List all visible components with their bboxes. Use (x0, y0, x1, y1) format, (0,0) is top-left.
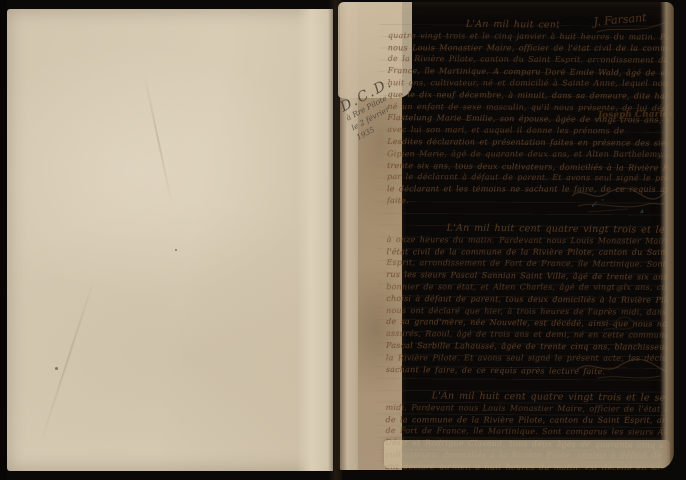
manuscript-line: huit ans, cultivateur, né et domicilié à… (388, 77, 670, 89)
paper-speck (175, 249, 177, 251)
register-scan: L'An mil huit centquatre vingt trois et … (0, 0, 686, 480)
page-edge-right (660, 2, 674, 470)
manuscript-line: de la commune de la Rivière Pilote, cant… (386, 414, 668, 426)
manuscript-line: à onze heures du matin. Pardevant nous L… (387, 234, 669, 248)
paper-crease (39, 273, 97, 445)
ink-scribble (594, 310, 640, 336)
blue-pencil-mark: ✓ ˘ (589, 199, 605, 211)
blue-pencil-mark: ؞ (638, 210, 643, 220)
right-page-manuscript: L'An mil huit centquatre vingt trois et … (338, 2, 674, 470)
paper-speck (55, 367, 58, 370)
manuscript-line: Gipien Marie, âgé de quarante deux ans, … (387, 148, 669, 160)
ink-blot (616, 286, 622, 292)
ink-blot (624, 283, 627, 286)
manuscript-line: l'état civil de la commune de la Rivière… (387, 246, 669, 258)
signature-flourish-act2 (574, 354, 674, 384)
left-page-blank (7, 9, 333, 471)
paper-crease (142, 70, 173, 207)
manuscript-line: nous Louis Monastier Maire, officier de … (388, 42, 670, 54)
signature-flourish-act1 (568, 182, 668, 216)
repair-tape-bottom (384, 440, 670, 468)
manuscript-text: L'An mil huit centquatre vingt trois et … (385, 16, 672, 470)
manuscript-line: midi. Pardevant nous Louis Monastier Mai… (386, 402, 668, 416)
